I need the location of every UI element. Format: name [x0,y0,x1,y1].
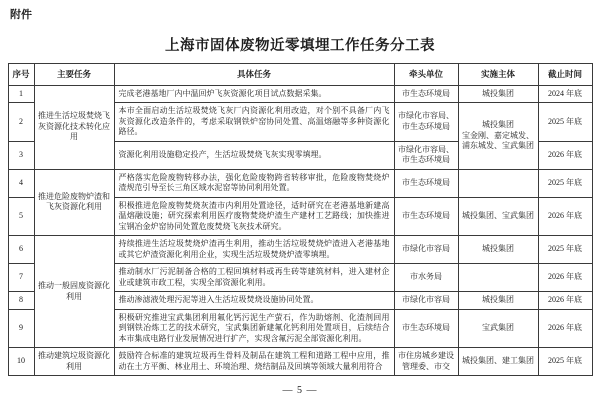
table-row: 10推动建筑垃圾资源化利用鼓励符合标准的建筑垃圾再生骨料及制品在建筑工程和道路工… [8,348,592,376]
cell-serial: 6 [8,236,34,264]
page-number: — 5 — [0,385,600,396]
table-row: 1推进生活垃圾焚烧飞灰资源化技术转化应用完成老港基地厂内中温回炉飞灰资源化项目试… [8,85,592,103]
cell-serial: 4 [8,169,34,197]
cell-lead-unit: 市生态环境局 [394,197,458,236]
cell-main-task: 推动一般固废资源化利用 [34,236,114,348]
cell-implementer: 城投集团 [458,292,538,310]
cell-deadline: 2026 年底 [538,141,592,169]
cell-specific-task: 积极推进危险废物焚烧灰渣市内利用处置途径，适时研究在老港基地新建高温熔融设施；研… [114,197,394,236]
cell-deadline: 2026 年底 [538,264,592,292]
column-header: 牵头单位 [394,64,458,86]
cell-lead-unit: 市绿化市容局、市生态环境局 [394,103,458,142]
cell-serial: 7 [8,264,34,292]
task-division-table: 序号主要任务具体任务牵头单位实施主体截止时间 1推进生活垃圾焚烧飞灰资源化技术转… [8,63,593,376]
cell-lead-unit: 市生态环境局 [394,309,458,348]
cell-specific-task: 资源化利用设施稳定投产，生活垃圾焚烧飞灰实现零填埋。 [114,141,394,169]
cell-specific-task: 严格落实危险废物转移办法，强化危险废物跨省转移审批，危险废物焚烧炉渣规范引导至长… [114,169,394,197]
cell-implementer [458,169,538,197]
cell-implementer: 城投集团、建工集团 [458,348,538,376]
column-header: 实施主体 [458,64,538,86]
cell-serial: 10 [8,348,34,376]
cell-deadline: 2026 年底 [538,292,592,310]
cell-lead-unit: 市绿化市容局、市生态环境局 [394,141,458,169]
cell-serial: 5 [8,197,34,236]
cell-specific-task: 推动制水厂污泥制备合格的工程回填材料或再生砖等建筑材料，进入建材企业或建筑市政工… [114,264,394,292]
cell-main-task: 推进危险废物炉渣和飞灰资源化利用 [34,169,114,236]
attachment-label: 附件 [0,0,600,22]
cell-implementer: 城投集团 [458,236,538,264]
cell-serial: 8 [8,292,34,310]
cell-implementer: 城投集团 宝金刚、嘉定城发、浦东城发、宝武集团 [458,103,538,170]
table-header-row: 序号主要任务具体任务牵头单位实施主体截止时间 [8,64,592,86]
cell-implementer: 宝武集团 [458,309,538,348]
page-title: 上海市固体废物近零填埋工作任务分工表 [0,34,600,55]
column-header: 主要任务 [34,64,114,86]
cell-serial: 1 [8,85,34,103]
cell-deadline: 2026 年底 [538,197,592,236]
cell-deadline: 2025 年底 [538,348,592,376]
cell-specific-task: 持续推进生活垃圾焚烧炉渣再生利用，推动生活垃圾焚烧炉渣进入老港基地或其它炉渣资源… [114,236,394,264]
cell-implementer: 城投集团 [458,85,538,103]
cell-serial: 3 [8,141,34,169]
cell-lead-unit: 市绿化市容局 [394,236,458,264]
cell-deadline: 2025 年底 [538,236,592,264]
cell-lead-unit: 市生态环境局 [394,169,458,197]
cell-deadline: 2024 年底 [538,85,592,103]
document-page: 附件 上海市固体废物近零填埋工作任务分工表 序号主要任务具体任务牵头单位实施主体… [0,0,600,400]
cell-lead-unit: 市水务局 [394,264,458,292]
table-body: 1推进生活垃圾焚烧飞灰资源化技术转化应用完成老港基地厂内中温回炉飞灰资源化项目试… [8,85,592,376]
cell-deadline: 2026 年底 [538,309,592,348]
cell-serial: 9 [8,309,34,348]
cell-serial: 2 [8,103,34,142]
cell-specific-task: 鼓励符合标准的建筑垃圾再生骨料及制品在建筑工程和道路工程中应用，推动在土方平衡、… [114,348,394,376]
cell-lead-unit: 市绿化市容局 [394,292,458,310]
cell-main-task: 推进生活垃圾焚烧飞灰资源化技术转化应用 [34,85,114,169]
cell-deadline: 2025 年底 [538,169,592,197]
column-header: 序号 [8,64,34,86]
cell-specific-task: 本市全面启动生活垃圾焚烧飞灰厂内资源化利用改造，对个别不具备厂内飞灰资源化改造条… [114,103,394,142]
column-header: 具体任务 [114,64,394,86]
cell-specific-task: 完成老港基地厂内中温回炉飞灰资源化项目试点数据采集。 [114,85,394,103]
cell-specific-task: 推动渗滤液处理污泥等进入生活垃圾焚烧设施协同处置。 [114,292,394,310]
cell-main-task: 推动建筑垃圾资源化利用 [34,348,114,376]
cell-deadline: 2025 年底 [538,103,592,142]
column-header: 截止时间 [538,64,592,86]
cell-implementer [458,264,538,292]
cell-specific-task: 积极研究推进宝武集团利用氟化钙污泥生产萤石，作为助熔剂、化渣剂回用到钢铁冶炼工艺… [114,309,394,348]
cell-lead-unit: 市住房城乡建设管理委、市交 [394,348,458,376]
table-row: 6推动一般固废资源化利用持续推进生活垃圾焚烧炉渣再生利用，推动生活垃圾焚烧炉渣进… [8,236,592,264]
table-row: 4推进危险废物炉渣和飞灰资源化利用严格落实危险废物转移办法，强化危险废物跨省转移… [8,169,592,197]
cell-lead-unit: 市生态环境局 [394,85,458,103]
cell-implementer: 城投集团、宝武集团 [458,197,538,236]
